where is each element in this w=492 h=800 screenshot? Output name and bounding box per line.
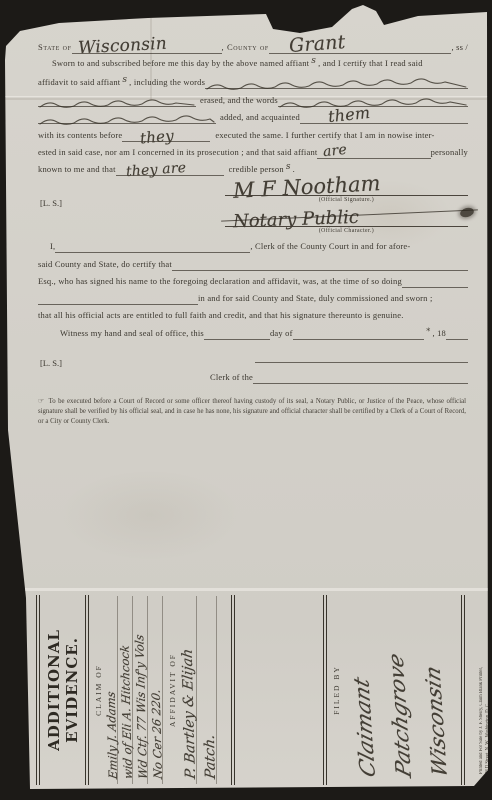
- seal-mark-2: [L. S.]: [40, 358, 62, 368]
- pointing-hand-icon: ☞: [38, 397, 46, 405]
- clerk-signature-blank: [255, 350, 468, 363]
- claim-line-4: No Cer 26 220.: [148, 596, 163, 784]
- month-blank: [293, 327, 425, 340]
- before-handwriting: they: [140, 127, 175, 148]
- execution-footnote: ☞ To be executed before a Court of Recor…: [38, 396, 466, 427]
- state-label: State of: [38, 41, 72, 54]
- filed-line-1: Claimant: [341, 596, 377, 784]
- esq-line: Esq., who has signed his name to the for…: [38, 275, 468, 288]
- witness-line: Witness my hand and seal of office, this…: [38, 327, 468, 340]
- filed-handwriting-3: Wisconsin: [421, 663, 452, 780]
- interested-label: ested in said case, nor am I concerned i…: [38, 146, 317, 159]
- official-character-block: Notary Public (Official Character.): [225, 200, 468, 234]
- executed-label: executed the same. I further certify tha…: [210, 129, 434, 142]
- said-county-line: said County and State, do certify that: [38, 258, 468, 271]
- esq-label: Esq., who has signed his name to the for…: [38, 275, 402, 288]
- clerk-of-the-line: Clerk of the: [210, 371, 468, 384]
- paper-stain: [60, 470, 240, 560]
- said-county-label: said County and State, do certify that: [38, 258, 172, 271]
- affidavit-of-label: AFFIDAVIT OF: [168, 592, 177, 788]
- ink-blot: [459, 206, 475, 218]
- known-blank-line: they are: [116, 163, 224, 176]
- faith-label: that all his official acts are entitled …: [38, 309, 404, 322]
- before-blank-line: they: [122, 129, 210, 142]
- docket-rule-4: [323, 595, 327, 785]
- in-and-for-label: in and for said County and State, duly c…: [198, 292, 433, 305]
- blank-signature-line: [255, 350, 468, 363]
- clerk-of-the-label: Clerk of the: [210, 371, 253, 384]
- county-handwriting: Grant: [288, 31, 346, 57]
- claim-of-label: CLAIM OF: [94, 592, 103, 788]
- docket-rule-2: [85, 595, 89, 785]
- filed-handwriting-1: Claimant: [349, 674, 380, 780]
- sworn-text-2: , and I certify that I read said: [318, 57, 423, 70]
- fold-crease-lower: [0, 588, 492, 591]
- ss-label: , ss /: [451, 41, 468, 54]
- filed-by-label: FILED BY: [332, 592, 341, 788]
- county-label: , County of: [222, 41, 269, 54]
- state-handwriting: Wisconsin: [77, 34, 167, 59]
- official-signature-line: M F Nootham: [225, 169, 468, 196]
- affiant-plural-mark: s: [309, 56, 318, 66]
- affiant-blank-line: are: [317, 146, 430, 159]
- interested-line: ested in said case, nor am I concerned i…: [38, 146, 468, 159]
- clerk-i-line: I, , Clerk of the County Court in and fo…: [38, 240, 468, 253]
- before-line: with its contents before they executed t…: [38, 129, 468, 142]
- witness-label: Witness my hand and seal of office, this: [60, 327, 204, 340]
- docket-rule-1: [36, 595, 40, 785]
- erased-label: erased, and the words: [196, 94, 278, 107]
- filed-handwriting-2: Patchgrove: [384, 650, 416, 780]
- strikeout-left-2: [38, 111, 216, 124]
- claim-handwriting-4: No Cer 26 220.: [149, 688, 165, 780]
- personally-label: personally: [431, 146, 468, 159]
- affidavit-line-2: Patch.: [197, 596, 217, 784]
- claim-line-3: Wd Ctf. 77 Wis Inf'y Vols: [133, 596, 148, 784]
- affidavit-line-1: P. Bartley & Elijah: [177, 596, 197, 784]
- footnote-text: To be executed before a Court of Record …: [38, 398, 466, 425]
- claim-line-1: Emily J. Adams: [103, 596, 118, 784]
- state-blank-line: Wisconsin: [72, 41, 222, 54]
- footnote-star: *: [424, 327, 432, 336]
- read-line: affidavit to said affiant s , including …: [38, 76, 468, 89]
- added-blank-line: them: [300, 111, 468, 124]
- read-text-2: , including the words: [129, 76, 205, 89]
- seal-mark-1: [L. S.]: [40, 198, 62, 208]
- are-handwriting: are: [323, 142, 348, 160]
- faith-line: that all his official acts are entitled …: [38, 309, 468, 322]
- before-label: with its contents before: [38, 129, 122, 142]
- strikeout-right: [278, 94, 468, 107]
- claim-line-2: wid of Eli A. Hitchcock: [118, 596, 133, 784]
- added-handwriting: them: [327, 103, 371, 126]
- known-label: known to me and that: [38, 163, 116, 176]
- docket-rotated-content: ADDITIONAL EVIDENCE. CLAIM OF Emily J. A…: [26, 592, 488, 788]
- docket-rule-5: [461, 595, 465, 785]
- printer-credit: Printed and For Sale by J. F. Sheiry, Cl…: [479, 632, 491, 774]
- year-blank: [446, 327, 468, 340]
- erased-line: erased, and the words: [38, 94, 468, 107]
- printer-credit-line-2: 48 D Street, N. W., Washington, D. C.: [485, 632, 491, 774]
- they-are-handwriting: they are: [125, 160, 186, 180]
- added-label: added, and acquainted: [216, 111, 300, 124]
- strikeout-left: [38, 94, 196, 107]
- affidavit-handwriting-2: Patch.: [202, 733, 219, 780]
- filed-line-3: Wisconsin: [413, 596, 449, 784]
- docket-title: ADDITIONAL EVIDENCE.: [45, 592, 81, 788]
- paper-sheet: State of Wisconsin , County of Grant , s…: [0, 0, 492, 800]
- docket-block: ADDITIONAL EVIDENCE. CLAIM OF Emily J. A…: [26, 592, 488, 788]
- state-county-line: State of Wisconsin , County of Grant , s…: [38, 36, 468, 54]
- clerk-name-blank: [55, 240, 250, 253]
- sworn-text-1: Sworn to and subscribed before me this d…: [52, 57, 309, 70]
- court-blank: [253, 371, 468, 384]
- county-blank-line: Grant: [269, 41, 452, 54]
- added-line: added, and acquainted them: [38, 111, 468, 124]
- docket-spacer: [235, 592, 323, 788]
- official-signature-block: M F Nootham (Official Signature.): [225, 169, 468, 203]
- certify-blank: [172, 258, 468, 271]
- filed-line-2: Patchgrove: [377, 596, 413, 784]
- official-character-line: Notary Public: [225, 200, 468, 227]
- office-blank: [38, 292, 198, 305]
- erased-words-strikeout: [205, 76, 468, 89]
- day-of-label: day of: [270, 327, 293, 340]
- in-and-for-line: in and for said County and State, duly c…: [38, 292, 468, 305]
- affiant-plural-mark-2: s: [120, 75, 129, 85]
- read-text-1: affidavit to said affiant: [38, 76, 120, 89]
- doing-blank: [402, 275, 468, 288]
- clerk-of-label: , Clerk of the County Court in and for a…: [250, 240, 410, 253]
- day-blank: [204, 327, 270, 340]
- sworn-line: Sworn to and subscribed before me this d…: [38, 57, 468, 70]
- year-label: , 18: [432, 327, 446, 340]
